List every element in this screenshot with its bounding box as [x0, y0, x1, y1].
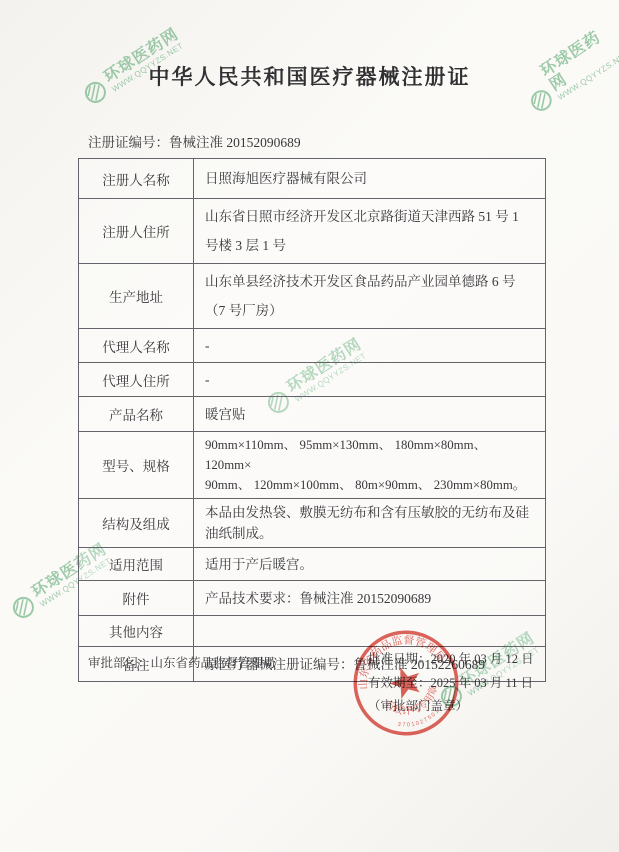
row-label: 代理人住所: [79, 363, 194, 396]
table-row: 型号、规格 90mm×110mm、 95mm×130mm、 180mm×80mm…: [79, 432, 545, 499]
watermark-flower-icon: [7, 591, 40, 624]
row-value: 日照海旭医疗器械有限公司: [194, 159, 545, 198]
registration-number: 注册证编号：鲁械注准 20152090689: [88, 131, 301, 151]
table-row: 代理人住所 -: [79, 363, 545, 397]
row-label: 生产地址: [79, 264, 194, 328]
row-label: 附件: [79, 581, 194, 615]
approval-dept-value: 山东省药品监督管理局: [151, 656, 276, 670]
info-table: 注册人名称 日照海旭医疗器械有限公司 注册人住所 山东省日照市经济开发区北京路街…: [78, 158, 546, 682]
row-label: 其他内容: [79, 616, 194, 646]
approval-dept: 审批部门：山东省药品监督管理局: [88, 653, 276, 671]
document-title: 中华人民共和国医疗器械注册证: [0, 61, 619, 91]
table-row: 产品名称 暖宫贴: [79, 397, 545, 432]
registration-number-label: 注册证编号：: [88, 135, 169, 150]
row-label: 产品名称: [79, 397, 194, 431]
row-value: -: [194, 329, 545, 362]
row-value: 本品由发热袋、敷膜无纺布和含有压敏胶的无纺布及硅 油纸制成。: [194, 499, 545, 547]
table-row: 结构及组成 本品由发热袋、敷膜无纺布和含有压敏胶的无纺布及硅 油纸制成。: [79, 499, 545, 548]
approval-dept-label: 审批部门：: [88, 656, 151, 670]
table-row: 代理人名称 -: [79, 329, 545, 363]
row-label: 注册人住所: [79, 199, 194, 263]
row-value: 山东省日照市经济开发区北京路街道天津西路 51 号 1 号楼 3 层 1 号: [194, 199, 545, 263]
certificate-page: 环球医药网 WWW.QQYYZS.NET 环球医药网 WWW.QQYYZS.NE…: [0, 0, 619, 852]
table-row: 注册人名称 日照海旭医疗器械有限公司: [79, 159, 545, 199]
table-row: 注册人住所 山东省日照市经济开发区北京路街道天津西路 51 号 1 号楼 3 层…: [79, 199, 545, 264]
row-label: 型号、规格: [79, 432, 194, 498]
table-row: 其他内容: [79, 616, 545, 647]
row-label: 代理人名称: [79, 329, 194, 362]
table-row: 生产地址 山东单县经济技术开发区食品药品产业园单德路 6 号 （7 号厂房）: [79, 264, 545, 329]
row-value: -: [194, 363, 545, 396]
row-label: 结构及组成: [79, 499, 194, 547]
row-value: 暖宫贴: [194, 397, 545, 431]
table-row: 附件 产品技术要求：鲁械注准 20152090689: [79, 581, 545, 616]
row-value: 山东单县经济技术开发区食品药品产业园单德路 6 号 （7 号厂房）: [194, 264, 545, 328]
row-label: 适用范围: [79, 548, 194, 580]
table-row: 适用范围 适用于产后暖宫。: [79, 548, 545, 581]
row-value: 90mm×110mm、 95mm×130mm、 180mm×80mm、 120m…: [194, 432, 545, 498]
row-value: 产品技术要求：鲁械注准 20152090689: [194, 581, 545, 615]
registration-number-value: 鲁械注准 20152090689: [169, 135, 301, 150]
seal-star: [386, 662, 426, 701]
row-label: 注册人名称: [79, 159, 194, 198]
row-value: 适用于产后暖宫。: [194, 548, 545, 580]
